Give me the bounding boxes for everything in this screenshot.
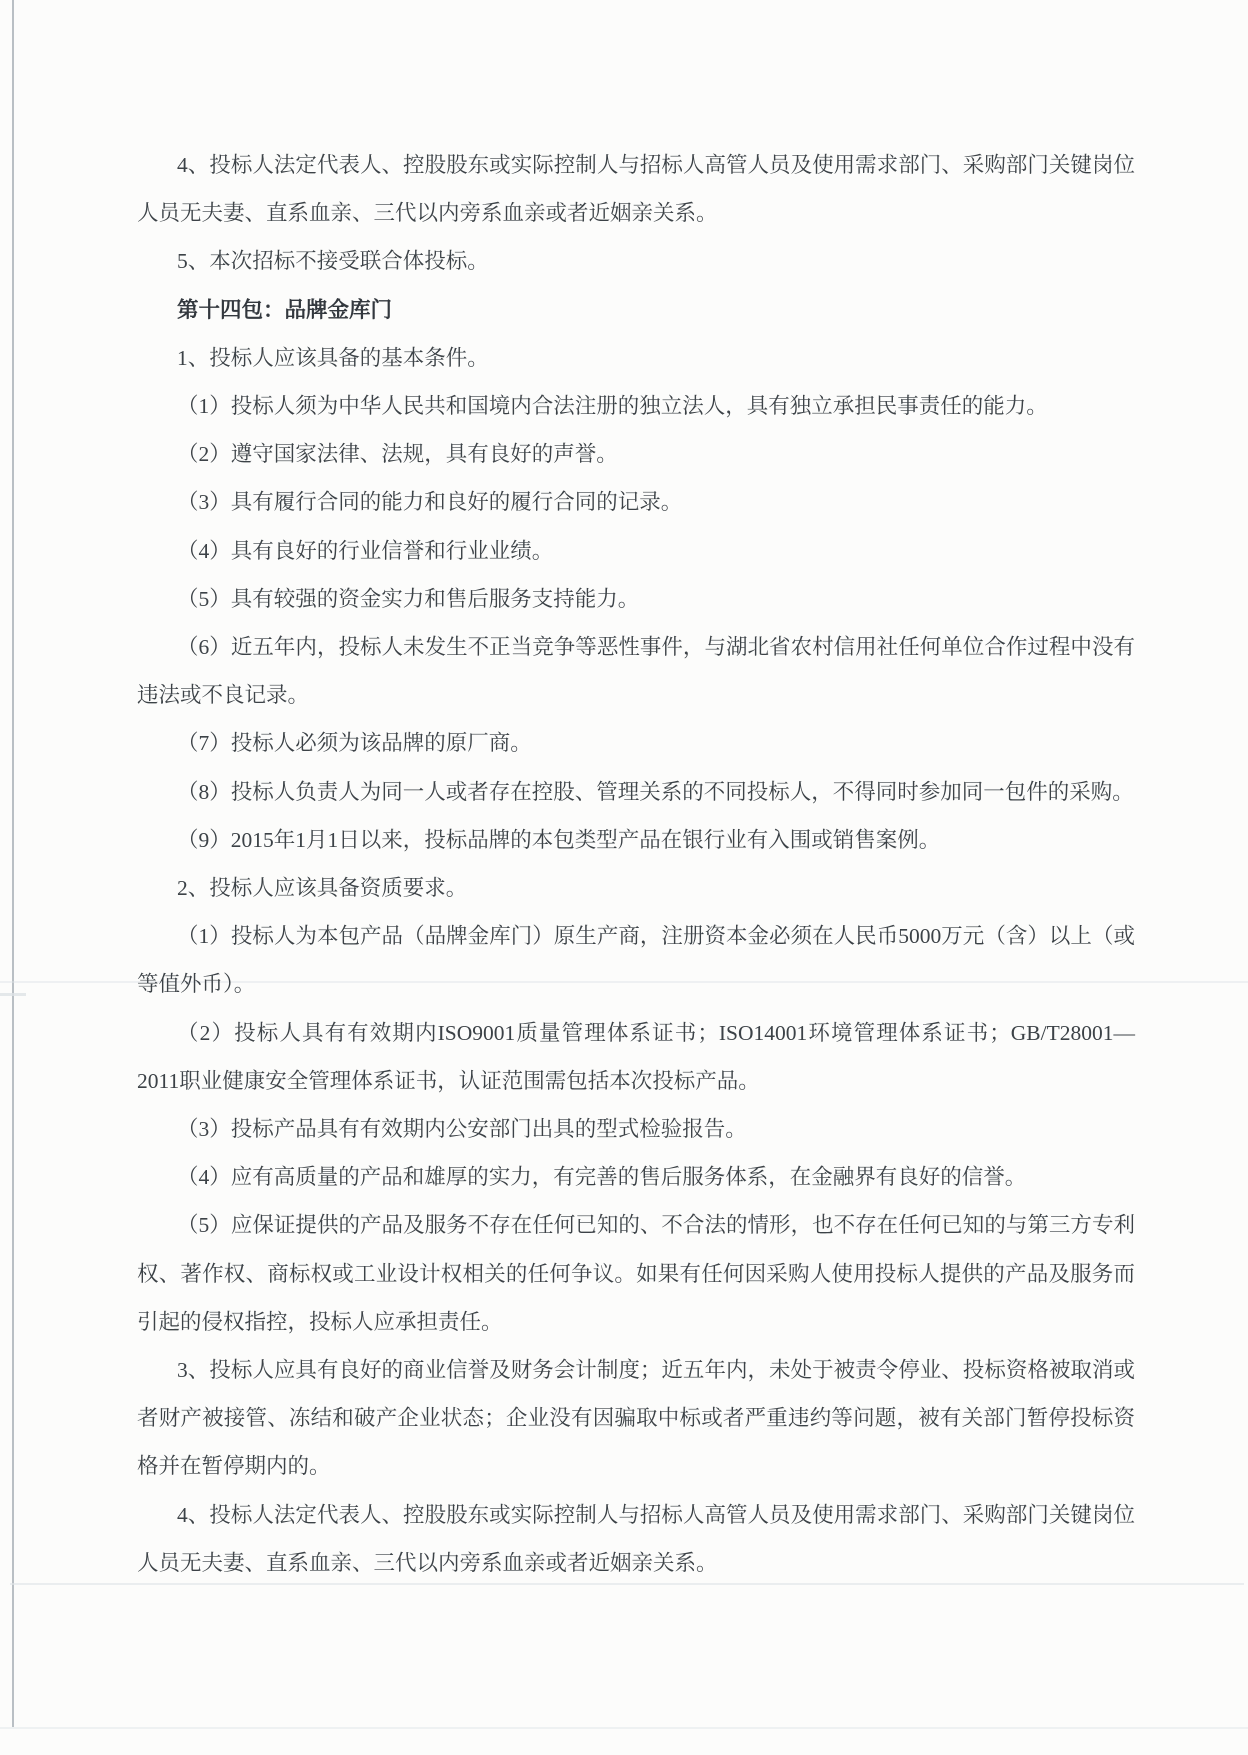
paragraph: （3）投标产品具有有效期内公安部门出具的型式检验报告。: [137, 1105, 1135, 1153]
paragraph: 4、投标人法定代表人、控股股东或实际控制人与招标人高管人员及使用需求部门、采购部…: [137, 141, 1135, 237]
paragraph: （7）投标人必须为该品牌的原厂商。: [137, 719, 1135, 767]
section-heading: 第十四包：品牌金库门: [137, 286, 1135, 334]
paragraph: 3、投标人应具有良好的商业信誉及财务会计制度；近五年内，未处于被责令停业、投标资…: [137, 1346, 1135, 1491]
document-content: 4、投标人法定代表人、控股股东或实际控制人与招标人高管人员及使用需求部门、采购部…: [137, 141, 1135, 1587]
paragraph: （5）应保证提供的产品及服务不存在任何已知的、不合法的情形，也不存在任何已知的与…: [137, 1201, 1135, 1346]
paragraph: 4、投标人法定代表人、控股股东或实际控制人与招标人高管人员及使用需求部门、采购部…: [137, 1491, 1135, 1587]
paragraph: （2）遵守国家法律、法规，具有良好的声誉。: [137, 430, 1135, 478]
paragraph: （9）2015年1月1日以来，投标品牌的本包类型产品在银行业有入围或销售案例。: [137, 816, 1135, 864]
paragraph: （8）投标人负责人为同一人或者存在控股、管理关系的不同投标人，不得同时参加同一包…: [137, 768, 1135, 816]
paragraph: 1、投标人应该具备的基本条件。: [137, 334, 1135, 382]
paragraph: （4）具有良好的行业信誉和行业业绩。: [137, 527, 1135, 575]
paragraph: （2）投标人具有有效期内ISO9001质量管理体系证书；ISO14001环境管理…: [137, 1009, 1135, 1105]
paragraph: （4）应有高质量的产品和雄厚的实力，有完善的售后服务体系，在金融界有良好的信誉。: [137, 1153, 1135, 1201]
paragraph: 2、投标人应该具备资质要求。: [137, 864, 1135, 912]
paragraph: （1）投标人须为中华人民共和国境内合法注册的独立法人，具有独立承担民事责任的能力…: [137, 382, 1135, 430]
scan-page-bottom-edge: [0, 1727, 1248, 1729]
paragraph: （3）具有履行合同的能力和良好的履行合同的记录。: [137, 478, 1135, 526]
paragraph: （5）具有较强的资金实力和售后服务支持能力。: [137, 575, 1135, 623]
paragraph: （6）近五年内，投标人未发生不正当竞争等恶性事件，与湖北省农村信用社任何单位合作…: [137, 623, 1135, 719]
scan-artifact-dash: [0, 993, 26, 996]
scan-left-margin-line: [12, 0, 14, 1727]
paragraph: 5、本次招标不接受联合体投标。: [137, 237, 1135, 285]
paragraph: （1）投标人为本包产品（品牌金库门）原生产商，注册资本金必须在人民币5000万元…: [137, 912, 1135, 1008]
scanned-document-page: 4、投标人法定代表人、控股股东或实际控制人与招标人高管人员及使用需求部门、采购部…: [0, 0, 1248, 1755]
